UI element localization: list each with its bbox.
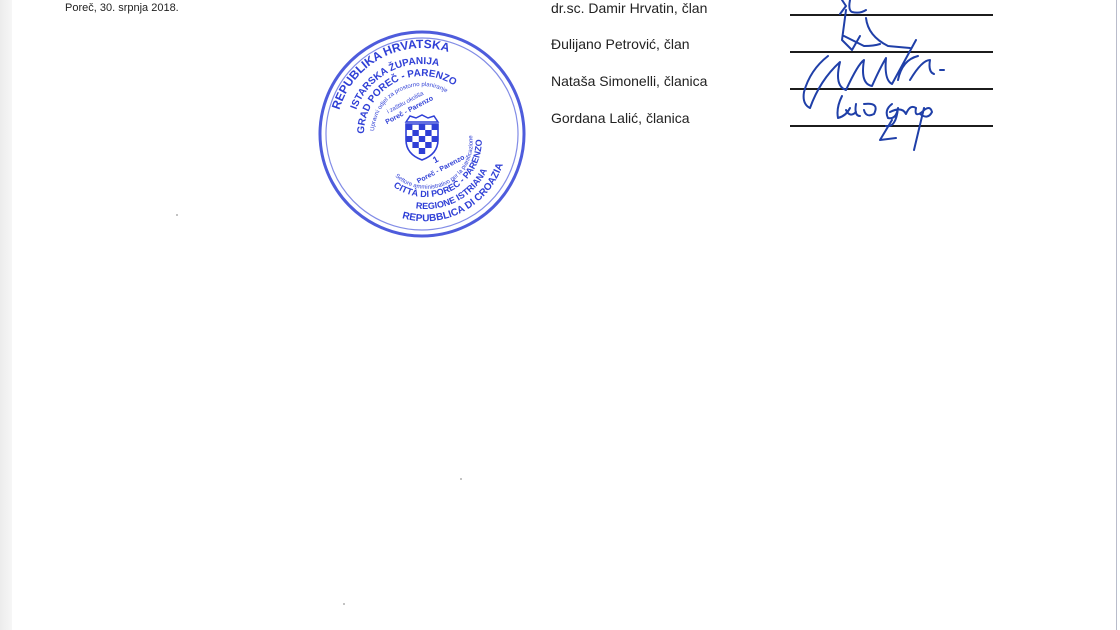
- svg-text:1: 1: [431, 154, 440, 165]
- official-stamp: REPUBLIKA HRVATSKA ISTARSKA ŽUPANIJA GRA…: [316, 28, 528, 240]
- signatures: [780, 0, 1010, 160]
- scan-speck: [343, 603, 345, 605]
- page-left-edge-shadow: [0, 0, 12, 630]
- scan-speck: [176, 214, 178, 216]
- page-right-edge-line: [1116, 0, 1117, 630]
- member-name: Gordana Lalić, članica: [551, 110, 690, 126]
- member-name: dr.sc. Damir Hrvatin, član: [551, 0, 707, 16]
- coat-of-arms-icon: [406, 115, 438, 160]
- signature-lalic: [838, 96, 933, 150]
- member-name: Đulijano Petrović, član: [551, 36, 690, 52]
- scan-speck: [460, 478, 462, 480]
- place-and-date: Poreč, 30. srpnja 2018.: [65, 2, 179, 14]
- signature-hrvatin: [840, 0, 910, 50]
- member-name: Nataša Simonelli, članica: [551, 73, 707, 89]
- signature-petrovic: [804, 40, 944, 108]
